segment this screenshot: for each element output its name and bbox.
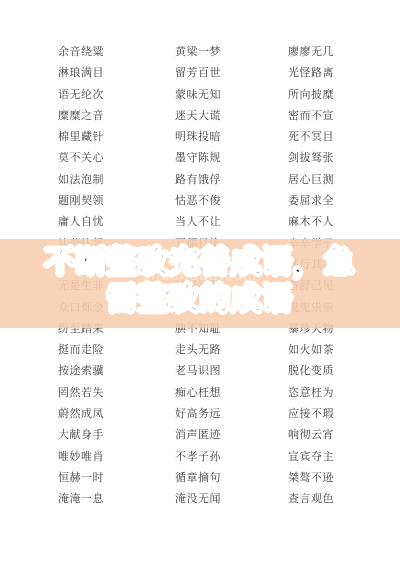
idiom-item: 光怪路离 bbox=[288, 63, 400, 84]
idiom-item: 麻木不人 bbox=[288, 212, 400, 233]
idiom-item: 应接不瑕 bbox=[288, 404, 400, 425]
idiom-item: 明珠投暗 bbox=[175, 127, 295, 148]
idiom-item: 路有饿俘 bbox=[175, 170, 295, 191]
page-title-line-1: 不断整改完善成语，急 bbox=[45, 246, 355, 279]
idiom-item: 恣意枉为 bbox=[288, 383, 400, 404]
idiom-item: 淋琅满目 bbox=[58, 63, 178, 84]
idiom-item: 不孝子孙 bbox=[175, 447, 295, 468]
idiom-item: 按途索骥 bbox=[58, 361, 178, 382]
idiom-item: 好高务远 bbox=[175, 404, 295, 425]
idiom-item: 消声匿迹 bbox=[175, 425, 295, 446]
idiom-item: 糜糜之音 bbox=[58, 106, 178, 127]
idiom-item: 如法泡制 bbox=[58, 170, 178, 191]
page-title-line-2: 需整改的成语 bbox=[107, 283, 293, 316]
idiom-item: 挺而走险 bbox=[58, 340, 178, 361]
idiom-item: 当人不让 bbox=[175, 212, 295, 233]
idiom-item: 罔然若失 bbox=[58, 383, 178, 404]
idiom-item: 庸人自忧 bbox=[58, 212, 178, 233]
idiom-item: 响彻云宵 bbox=[288, 425, 400, 446]
idiom-item: 宣宾夺主 bbox=[288, 447, 400, 468]
idiom-item: 密而不宣 bbox=[288, 106, 400, 127]
idiom-item: 题刚契领 bbox=[58, 191, 178, 212]
idiom-item: 淹淹一息 bbox=[58, 489, 178, 510]
idiom-item: 棉里藏针 bbox=[58, 127, 178, 148]
idiom-item: 莫不关心 bbox=[58, 148, 178, 169]
idiom-item: 唯妙唯肖 bbox=[58, 447, 178, 468]
idiom-item: 死不冥目 bbox=[288, 127, 400, 148]
idiom-item: 委屈求全 bbox=[288, 191, 400, 212]
idiom-item: 恒赫一时 bbox=[58, 468, 178, 489]
idiom-item: 余音绕粱 bbox=[58, 42, 178, 63]
idiom-item: 留芳百世 bbox=[175, 63, 295, 84]
idiom-item: 桀骜不逊 bbox=[288, 468, 400, 489]
idiom-item: 痴心枉想 bbox=[175, 383, 295, 404]
idiom-item: 查言观色 bbox=[288, 489, 400, 510]
idiom-item: 黄梁一梦 bbox=[175, 42, 295, 63]
idiom-item: 语无纶次 bbox=[58, 85, 178, 106]
idiom-item: 大献身手 bbox=[58, 425, 178, 446]
idiom-item: 走头无路 bbox=[175, 340, 295, 361]
idiom-item: 剑拔驽张 bbox=[288, 148, 400, 169]
idiom-item: 怙恶不俊 bbox=[175, 191, 295, 212]
idiom-item: 居心巨测 bbox=[288, 170, 400, 191]
page: 余音绕粱淋琅满目语无纶次糜糜之音棉里藏针莫不关心如法泡制题刚契领庸人自忧认劳认怨… bbox=[0, 0, 400, 566]
idiom-item: 如火如茶 bbox=[288, 340, 400, 361]
idiom-item: 淹没无闻 bbox=[175, 489, 295, 510]
idiom-item: 所向披糜 bbox=[288, 85, 400, 106]
idiom-item: 迷天大谎 bbox=[175, 106, 295, 127]
idiom-item: 廖廖无几 bbox=[288, 42, 400, 63]
idiom-item: 老马识图 bbox=[175, 361, 295, 382]
title-overlay-band: chachaba.com 不断整改完善成语，急需整改的成语 bbox=[0, 239, 400, 328]
idiom-item: 脱化变质 bbox=[288, 361, 400, 382]
page-title: 不断整改完善成语，急需整改的成语 bbox=[0, 239, 400, 318]
idiom-item: 蔚然成凤 bbox=[58, 404, 178, 425]
idiom-item: 蒙味无知 bbox=[175, 85, 295, 106]
idiom-item: 循章摘句 bbox=[175, 468, 295, 489]
idiom-item: 墨守陈规 bbox=[175, 148, 295, 169]
